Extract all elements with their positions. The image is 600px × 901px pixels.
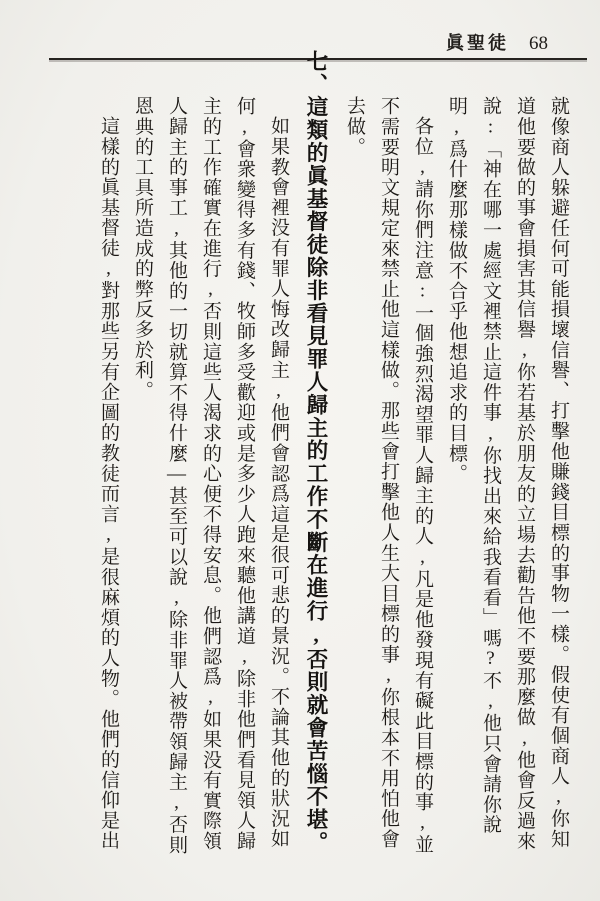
text-body: 就像商人躲避任何可能損壞信譽、打擊他賺錢目標的事物一樣。假使有個商人,你知道他要… bbox=[30, 96, 575, 868]
page-number: 68 bbox=[529, 33, 548, 54]
paragraph-continuation: 就像商人躲避任何可能損壞信譽、打擊他賺錢目標的事物一樣。假使有個商人,你知道他要… bbox=[439, 96, 575, 868]
section-7-heading: 七、這類的眞基督徒除非看見罪人歸主的工作不斷在進行,否則就會苦惱不堪。 bbox=[295, 96, 337, 868]
running-head: 眞聖徒 68 bbox=[0, 29, 548, 55]
paragraph: 各位,請你們注意:一個強烈渴望罪人歸主的人,凡是他發現有礙此目標的事,並不需要明… bbox=[337, 96, 439, 868]
paragraph: 這樣的眞基督徒,對那些另有企圖的教徒而言,是很麻煩的人物。他們的信仰是出 bbox=[91, 96, 125, 868]
paragraph: 如果教會裡没有罪人悔改歸主,他們會認爲這是很可悲的景況。不論其他的狀況如何,會衆… bbox=[125, 96, 295, 868]
book-title: 眞聖徒 bbox=[446, 33, 509, 53]
book-page: 眞聖徒 68 就像商人躲避任何可能損壞信譽、打擊他賺錢目標的事物一樣。假使有個商… bbox=[0, 0, 600, 901]
